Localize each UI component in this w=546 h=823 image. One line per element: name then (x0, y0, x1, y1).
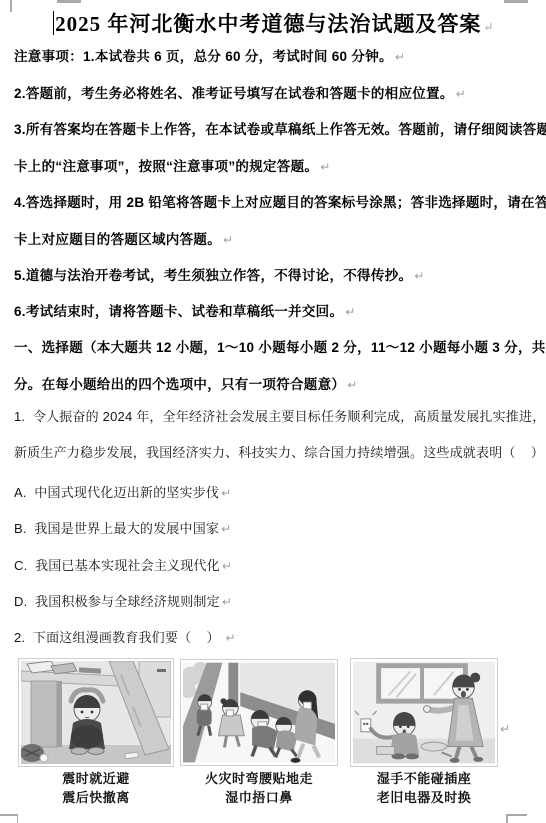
cartoon-fire-escape[interactable] (180, 659, 338, 766)
question-2-line-1[interactable]: 2. 下面这组漫画教育我们要（ ） ↵ (14, 629, 236, 647)
notice-line-1[interactable]: 注意事项：1.本试卷共 6 页，总分 60 分，考试时间 60 分钟。↵ (14, 48, 405, 66)
question-1-line-2[interactable]: 新质生产力稳步发展，我国经济实力、科技实力、综合国力持续增强。这些成就表明（ ）… (14, 444, 546, 462)
paragraph-mark-icon: ↵ (395, 50, 405, 64)
paragraph-mark-icon: ↵ (226, 631, 236, 645)
question-1-option-b[interactable]: B. 我国是世界上最大的发展中国家↵ (14, 520, 231, 538)
notice-line-4a[interactable]: 4.答选择题时，用 2B 铅笔将答题卡上对应题目的答案标号涂黑；答非选择题时，请… (14, 194, 546, 211)
text-cursor (53, 11, 55, 35)
notice-line-4b[interactable]: 卡上对应题目的答题区域内答题。↵ (14, 231, 233, 249)
notice-line-6[interactable]: 6.考试结束时，请将答题卡、试卷和草稿纸一并交回。↵ (14, 303, 355, 321)
document-title[interactable]: 2025 年河北衡水中考道德与法治试题及答案↵ (0, 8, 546, 38)
question-1-option-d[interactable]: D. 我国积极参与全球经济规则制定↵ (14, 593, 232, 611)
caption-earthquake-line-2: 震后快撤离 (18, 788, 174, 807)
cartoon-electric-safety[interactable] (350, 658, 498, 767)
title-text: 2025 年河北衡水中考道德与法治试题及答案 (55, 12, 481, 36)
caption-electric[interactable]: 湿手不能碰插座 老旧电器及时换 (350, 769, 498, 807)
notice-line-3a[interactable]: 3.所有答案均在答题卡上作答，在本试卷或草稿纸上作答无效。答题前，请仔细阅读答题 (14, 121, 546, 138)
paragraph-mark-icon: ↵ (223, 233, 233, 247)
margin-mark-top-b (504, 0, 528, 3)
paragraph-mark-icon: ↵ (222, 595, 232, 609)
margin-mark-bottom-left-h (0, 814, 18, 816)
paragraph-mark-icon: ↵ (222, 559, 232, 573)
margin-mark-bottom-left-v (17, 814, 19, 823)
paragraph-mark-icon: ↵ (320, 160, 330, 174)
earthquake-illustration (21, 661, 171, 764)
caption-electric-line-2: 老旧电器及时换 (350, 788, 498, 807)
question-1-option-c[interactable]: C. 我国已基本实现社会主义现代化↵ (14, 557, 232, 575)
paragraph-mark-icon: ↵ (456, 87, 466, 101)
section-1-header-line-2[interactable]: 分。在每小题给出的四个选项中，只有一项符合题意）↵ (14, 376, 357, 394)
notice-line-5[interactable]: 5.道德与法治开卷考试，考生须独立作答，不得讨论，不得传抄。↵ (14, 267, 424, 285)
paragraph-mark-icon: ↵ (500, 722, 510, 736)
caption-earthquake-line-1: 震时就近避 (18, 769, 174, 788)
margin-mark-bottom-right-v (506, 814, 508, 823)
exam-document-page: 2025 年河北衡水中考道德与法治试题及答案↵ 注意事项：1.本试卷共 6 页，… (0, 0, 546, 823)
paragraph-mark-icon: ↵ (345, 305, 355, 319)
section-1-header-line-1[interactable]: 一、选择题（本大题共 12 小题，1～10 小题每小题 2 分，11～12 小题… (14, 339, 546, 356)
caption-fire-line-1: 火灾时弯腰贴地走 (180, 769, 338, 788)
caption-fire[interactable]: 火灾时弯腰贴地走 湿巾捂口鼻 (180, 769, 338, 807)
electric-safety-illustration (353, 661, 495, 764)
caption-electric-line-1: 湿手不能碰插座 (350, 769, 498, 788)
notice-line-3b[interactable]: 卡上的“注意事项”，按照“注意事项”的规定答题。↵ (14, 158, 330, 176)
caption-earthquake[interactable]: 震时就近避 震后快撤离 (18, 769, 174, 807)
question-1-option-a[interactable]: A. 中国式现代化迈出新的坚实步伐↵ (14, 484, 231, 502)
paragraph-mark-icon: ↵ (221, 486, 231, 500)
question-1-line-1[interactable]: 1. 令人振奋的 2024 年，全年经济社会发展主要目标任务顺利完成，高质量发展… (14, 408, 545, 425)
margin-mark-bottom-right-h (506, 814, 527, 816)
paragraph-mark-icon: ↵ (483, 20, 493, 34)
paragraph-mark-icon: ↵ (347, 378, 357, 392)
margin-mark-top-a (57, 0, 81, 3)
cartoon-earthquake-shelter[interactable] (18, 658, 174, 767)
paragraph-mark-icon: ↵ (414, 269, 424, 283)
fire-escape-illustration (183, 662, 335, 763)
notice-line-2[interactable]: 2.答题前，考生务必将姓名、准考证号填写在试卷和答题卡的相应位置。↵ (14, 85, 466, 103)
paragraph-mark-icon: ↵ (221, 522, 231, 536)
caption-fire-line-2: 湿巾捂口鼻 (180, 788, 338, 807)
